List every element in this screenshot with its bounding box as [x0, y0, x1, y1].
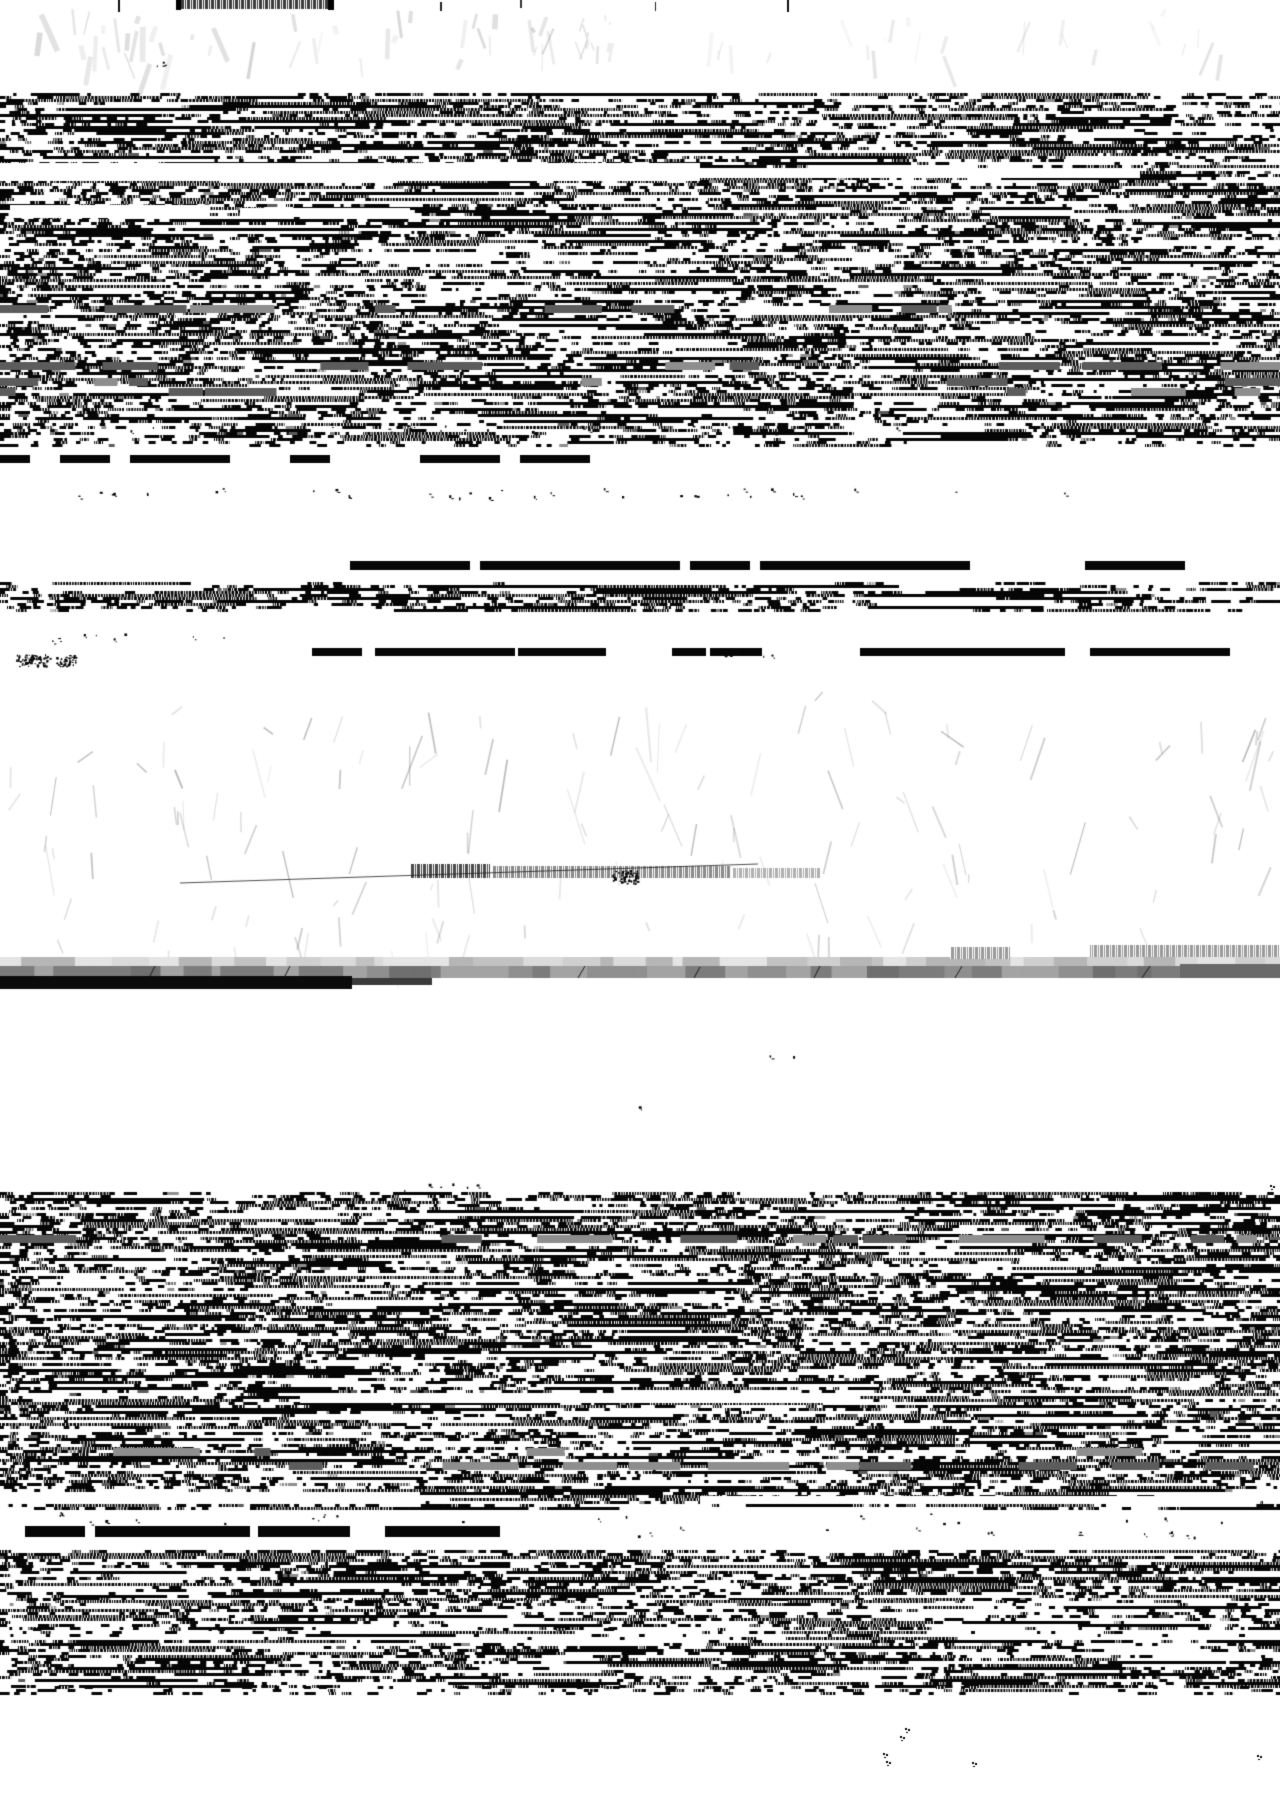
glitch-noise-bitmap	[0, 0, 1280, 1810]
corrupted-screenshot-root	[0, 0, 1280, 1810]
